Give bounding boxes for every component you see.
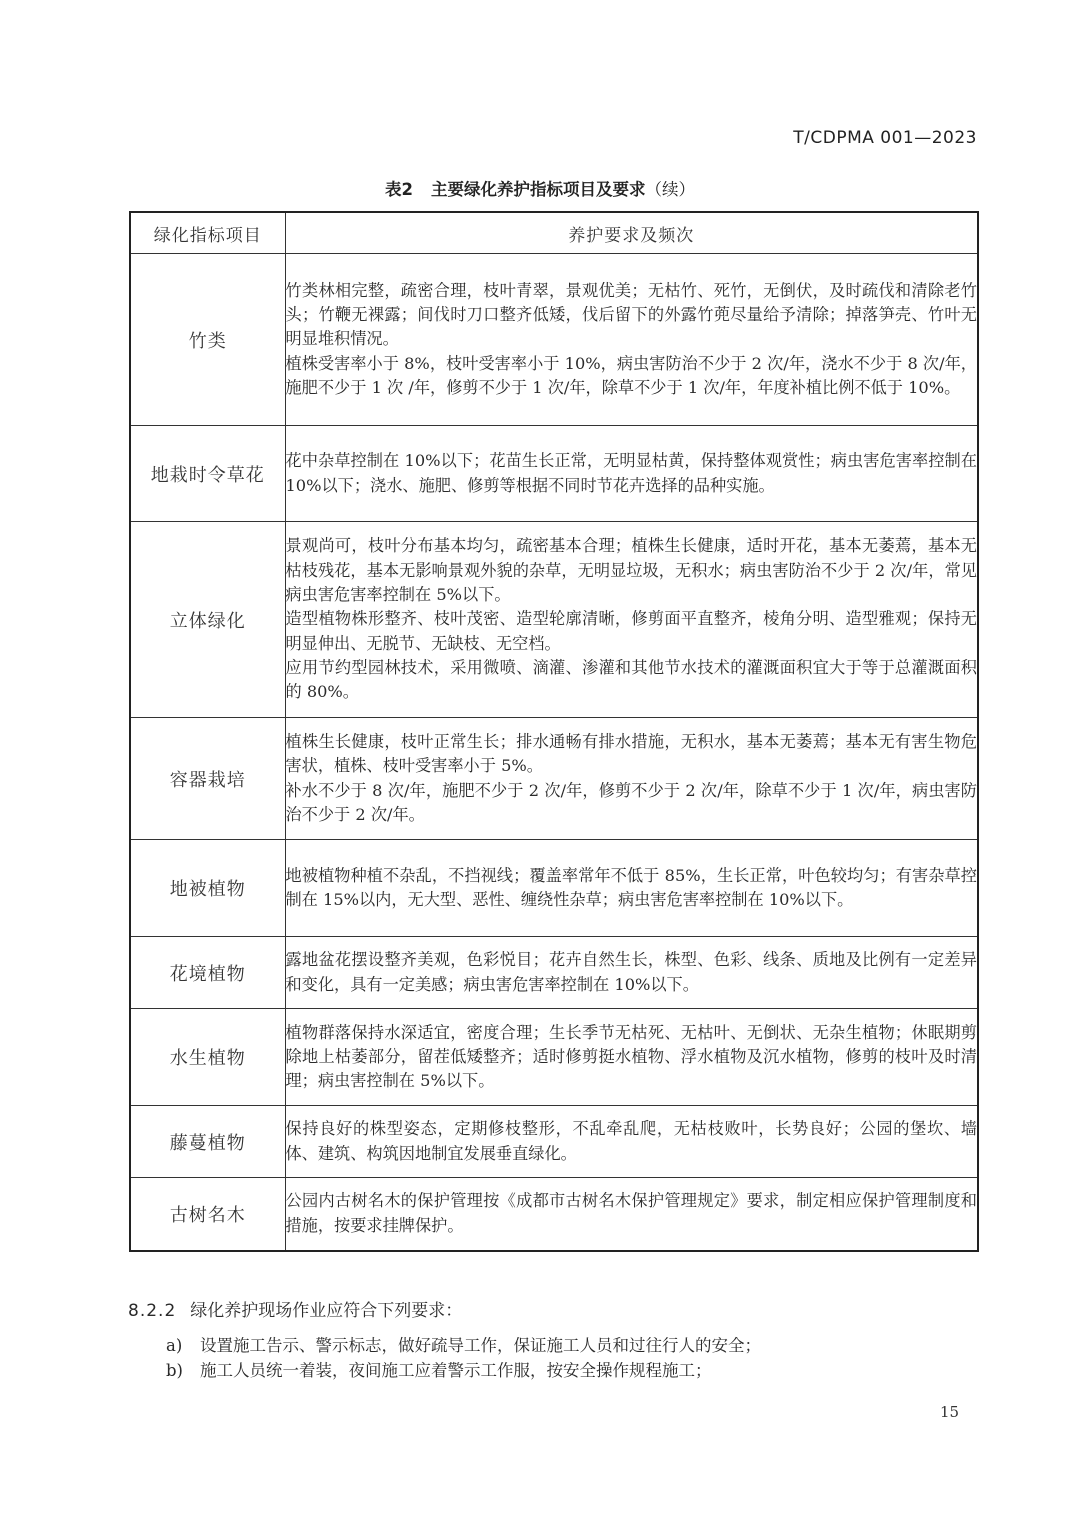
table-title: 表2主要绿化养护指标项目及要求（续） [0,176,1080,200]
green-index-item: 竹类 [130,254,285,426]
table-title-text: 主要绿化养护指标项目及要求 [431,180,646,199]
requirement-paragraph: 植株生长健康，枝叶正常生长；排水通畅有排水措施，无积水，基本无萎蔫；基本无有害生… [286,730,978,779]
list-item-text: 设置施工告示、警示标志，做好疏导工作，保证施工人员和过往行人的安全； [200,1336,761,1355]
table-row: 花境植物露地盆花摆设整齐美观，色彩悦目；花卉自然生长，株型、色彩、线条、质地及比… [130,937,978,1009]
table-number: 表2 [385,180,413,199]
requirement-paragraph: 地被植物种植不杂乱，不挡视线；覆盖率常年不低于 85%，生长正常，叶色较均匀；有… [286,864,978,913]
requirement-paragraph: 露地盆花摆设整齐美观，色彩悦目；花卉自然生长，株型、色彩、线条、质地及比例有一定… [286,948,978,997]
requirement-paragraph: 保持良好的株型姿态，定期修枝整形，不乱牵乱爬，无枯枝败叶，长势良好；公园的堡坎、… [286,1117,978,1166]
requirement-paragraph: 应用节约型园林技术，采用微喷、滴灌、渗灌和其他节水技术的灌溉面积宜大于等于总灌溉… [286,656,978,705]
green-index-item: 藤蔓植物 [130,1106,285,1178]
maintenance-requirement-cell: 植株生长健康，枝叶正常生长；排水通畅有排水措施，无积水，基本无萎蔫；基本无有害生… [285,718,978,840]
table-row: 容器栽培植株生长健康，枝叶正常生长；排水通畅有排水措施，无积水，基本无萎蔫；基本… [130,718,978,840]
requirement-paragraph: 植物群落保持水深适宜，密度合理；生长季节无枯死、无枯叶、无倒状、无杂生植物；休眠… [286,1021,978,1094]
requirement-paragraph: 花中杂草控制在 10%以下；花苗生长正常，无明显枯黄，保持整体观赏性；病虫害危害… [286,449,978,498]
list-item-text: 施工人员统一着装，夜间施工应着警示工作服，按安全操作规程施工； [200,1361,712,1380]
maintenance-requirement-cell: 露地盆花摆设整齐美观，色彩悦目；花卉自然生长，株型、色彩、线条、质地及比例有一定… [285,937,978,1009]
requirement-paragraph: 景观尚可，枝叶分布基本均匀，疏密基本合理；植株生长健康，适时开花，基本无萎蔫，基… [286,534,978,607]
section-heading: 8.2.2绿化养护现场作业应符合下列要求： [128,1296,462,1321]
table-row: 地被植物地被植物种植不杂乱，不挡视线；覆盖率常年不低于 85%，生长正常，叶色较… [130,840,978,937]
list-marker: b) [166,1358,200,1383]
page-number: 15 [940,1403,959,1421]
requirements-list: a)设置施工告示、警示标志，做好疏导工作，保证施工人员和过往行人的安全； b)施… [166,1333,761,1383]
green-index-item: 容器栽培 [130,718,285,840]
table-row: 立体绿化景观尚可，枝叶分布基本均匀，疏密基本合理；植株生长健康，适时开花，基本无… [130,522,978,718]
table-title-suffix: （续） [645,180,695,199]
requirement-paragraph: 植株受害率小于 8%，枝叶受害率小于 10%，病虫害防治不少于 2 次/年，浇水… [286,352,978,401]
list-marker: a) [166,1333,200,1358]
column-header-item: 绿化指标项目 [130,212,285,254]
maintenance-requirement-cell: 地被植物种植不杂乱，不挡视线；覆盖率常年不低于 85%，生长正常，叶色较均匀；有… [285,840,978,937]
maintenance-requirement-cell: 公园内古树名木的保护管理按《成都市古树名木保护管理规定》要求，制定相应保护管理制… [285,1178,978,1251]
requirement-paragraph: 公园内古树名木的保护管理按《成都市古树名木保护管理规定》要求，制定相应保护管理制… [286,1189,978,1238]
green-index-item: 水生植物 [130,1009,285,1106]
maintenance-requirement-cell: 竹类林相完整，疏密合理，枝叶青翠，景观优美；无枯竹、死竹，无倒伏，及时疏伐和清除… [285,254,978,426]
document-code: T/CDPMA 001—2023 [793,128,977,148]
requirement-paragraph: 造型植物株形整齐、枝叶茂密、造型轮廓清晰，修剪面平直整齐，棱角分明、造型雅观；保… [286,607,978,656]
green-index-item: 古树名木 [130,1178,285,1251]
section-title: 绿化养护现场作业应符合下列要求： [190,1301,462,1321]
green-index-item: 立体绿化 [130,522,285,718]
requirement-paragraph: 竹类林相完整，疏密合理，枝叶青翠，景观优美；无枯竹、死竹，无倒伏，及时疏伐和清除… [286,279,978,352]
green-index-item: 地栽时令草花 [130,426,285,522]
table-row: 藤蔓植物保持良好的株型姿态，定期修枝整形，不乱牵乱爬，无枯枝败叶，长势良好；公园… [130,1106,978,1178]
table-row: 竹类竹类林相完整，疏密合理，枝叶青翠，景观优美；无枯竹、死竹，无倒伏，及时疏伐和… [130,254,978,426]
table-header-row: 绿化指标项目 养护要求及频次 [130,212,978,254]
section-number: 8.2.2 [128,1301,176,1321]
table-row: 水生植物植物群落保持水深适宜，密度合理；生长季节无枯死、无枯叶、无倒状、无杂生植… [130,1009,978,1106]
column-header-requirements: 养护要求及频次 [285,212,978,254]
list-item: b)施工人员统一着装，夜间施工应着警示工作服，按安全操作规程施工； [166,1358,761,1383]
maintenance-requirements-table: 绿化指标项目 养护要求及频次 竹类竹类林相完整，疏密合理，枝叶青翠，景观优美；无… [129,211,979,1252]
maintenance-requirement-cell: 植物群落保持水深适宜，密度合理；生长季节无枯死、无枯叶、无倒状、无杂生植物；休眠… [285,1009,978,1106]
table-body: 竹类竹类林相完整，疏密合理，枝叶青翠，景观优美；无枯竹、死竹，无倒伏，及时疏伐和… [130,254,978,1251]
table-row: 古树名木公园内古树名木的保护管理按《成都市古树名木保护管理规定》要求，制定相应保… [130,1178,978,1251]
maintenance-requirement-cell: 花中杂草控制在 10%以下；花苗生长正常，无明显枯黄，保持整体观赏性；病虫害危害… [285,426,978,522]
list-item: a)设置施工告示、警示标志，做好疏导工作，保证施工人员和过往行人的安全； [166,1333,761,1358]
green-index-item: 花境植物 [130,937,285,1009]
requirement-paragraph: 补水不少于 8 次/年，施肥不少于 2 次/年，修剪不少于 2 次/年，除草不少… [286,779,978,828]
maintenance-requirement-cell: 景观尚可，枝叶分布基本均匀，疏密基本合理；植株生长健康，适时开花，基本无萎蔫，基… [285,522,978,718]
table-row: 地栽时令草花花中杂草控制在 10%以下；花苗生长正常，无明显枯黄，保持整体观赏性… [130,426,978,522]
green-index-item: 地被植物 [130,840,285,937]
maintenance-requirement-cell: 保持良好的株型姿态，定期修枝整形，不乱牵乱爬，无枯枝败叶，长势良好；公园的堡坎、… [285,1106,978,1178]
